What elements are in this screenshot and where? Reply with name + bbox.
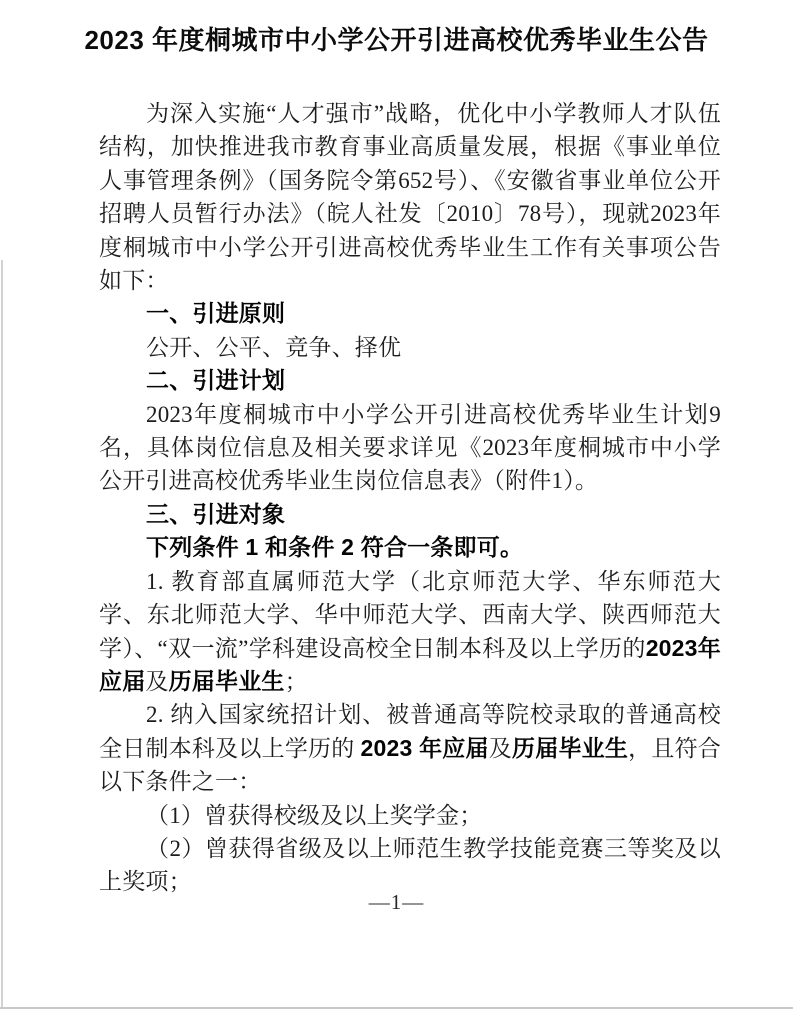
text-segment: 及 (145, 669, 168, 694)
text-segment: 下列条件 1 和条件 2 符合一条即可。 (146, 534, 523, 560)
text-segment: 公开、公平、竞争、择优 (146, 335, 401, 360)
text-segment: 一、引进原则 (146, 300, 285, 326)
text-segment: （1）曾获得校级及以上奖学金； (146, 803, 483, 828)
section-heading: 二、引进计划 (99, 364, 721, 397)
page-number: —1— (0, 890, 793, 915)
text-segment: 为深入实施“人才强市”战略，优化中小学教师人才队伍结构，加快推进我市教育事业高质… (99, 101, 721, 293)
document-body: 为深入实施“人才强市”战略，优化中小学教师人才队伍结构，加快推进我市教育事业高质… (0, 97, 793, 899)
paragraph: （1）曾获得校级及以上奖学金； (99, 799, 721, 832)
text-segment: 历届毕业生 (169, 668, 285, 694)
text-segment: 三、引进对象 (146, 501, 285, 527)
text-segment: 二、引进计划 (146, 367, 285, 393)
text-segment: 1. 教育部直属师范大学（北京师范大学、华东师范大学、东北师范大学、华中师范大学… (99, 569, 721, 661)
scanned-page: { "page": { "title": "2023 年度桐城市中小学公开引进高… (0, 0, 793, 1009)
paragraph: 2023年度桐城市中小学公开引进高校优秀毕业生计划9名，具体岗位信息及相关要求详… (99, 398, 721, 498)
text-segment: 历届毕业生 (512, 735, 628, 761)
paragraph: （2）曾获得省级及以上师范生教学技能竞赛三等奖及以上奖项； (99, 832, 721, 899)
text-segment: ； (285, 669, 308, 694)
paragraph: 1. 教育部直属师范大学（北京师范大学、华东师范大学、东北师范大学、华中师范大学… (99, 565, 721, 699)
text-segment: （2）曾获得省级及以上师范生教学技能竞赛三等奖及以上奖项； (99, 836, 721, 894)
paragraph: 为深入实施“人才强市”战略，优化中小学教师人才队伍结构，加快推进我市教育事业高质… (99, 97, 721, 297)
document-title: 2023 年度桐城市中小学公开引进高校优秀毕业生公告 (40, 20, 753, 60)
text-segment: 2023 年应届 (360, 735, 488, 761)
section-heading: 三、引进对象 (99, 498, 721, 531)
text-segment: 2023年度桐城市中小学公开引进高校优秀毕业生计划9名，具体岗位信息及相关要求详… (99, 402, 721, 494)
section-heading: 一、引进原则 (99, 297, 721, 330)
paragraph: 2. 纳入国家统招计划、被普通高等院校录取的普通高校全日制本科及以上学历的 20… (99, 698, 721, 798)
section-heading: 下列条件 1 和条件 2 符合一条即可。 (99, 531, 721, 564)
text-segment: 及 (489, 736, 512, 761)
paragraph: 公开、公平、竞争、择优 (99, 331, 721, 364)
